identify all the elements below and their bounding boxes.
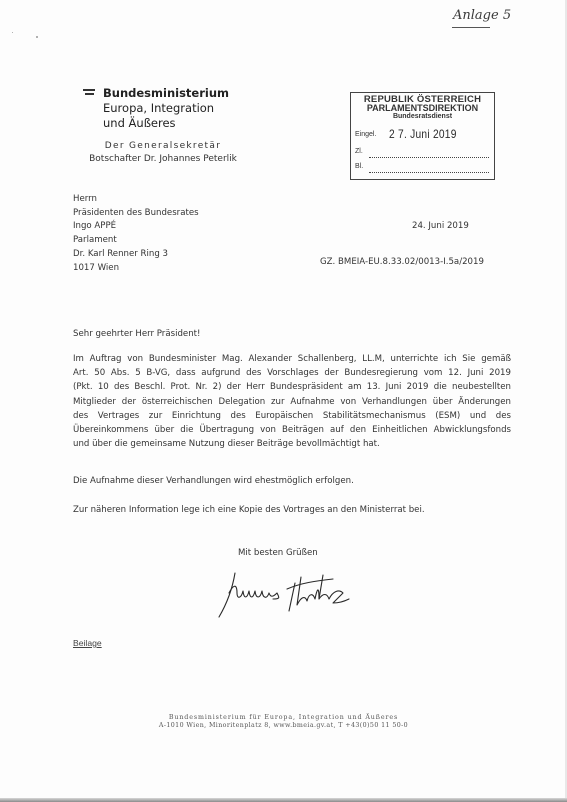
recipient-line: Herrn (73, 193, 199, 207)
recipient-line: 1017 Wien (73, 262, 199, 276)
stamp-bl-dotted-line (369, 171, 489, 173)
recipient-address: Herrn Präsidenten des Bundesrates Ingo A… (73, 193, 199, 275)
ministry-line-3: und Äußeres (103, 116, 229, 131)
handwritten-annotation: Anlage 5 (453, 8, 511, 23)
sender-block: Der Generalsekretär Botschafter Dr. Joha… (73, 140, 253, 166)
attachment-label: Beilage (73, 638, 102, 648)
handwritten-signature-icon (215, 565, 375, 625)
letter-date: 24. Juni 2019 (412, 221, 469, 231)
austrian-eagle-bars-icon (83, 89, 95, 97)
second-paragraph: Die Aufnahme dieser Verhandlungen wird e… (73, 476, 354, 486)
reference-number: GZ. BMEIA-EU.8.33.02/0013-I.5a/2019 (320, 257, 484, 267)
paragraph-line: Übereinkommens über die Übertragung von … (73, 423, 511, 437)
closing-phrase: Mit besten Grüßen (238, 548, 318, 558)
recipient-line: Dr. Karl Renner Ring 3 (73, 248, 199, 262)
ministry-line-1: Bundesministerium (103, 86, 229, 101)
annotation-underline (452, 27, 490, 28)
stamp-zl-dotted-line (369, 156, 489, 158)
ministry-name: Bundesministerium Europa, Integration un… (103, 86, 229, 131)
stamp-received-label: Eingel. (355, 131, 376, 138)
scan-speck (12, 32, 13, 33)
receipt-stamp: REPUBLIK ÖSTERREICH PARLAMENTSDIREKTION … (350, 92, 495, 180)
stamp-bl-label: Bl. (355, 163, 363, 170)
stamp-received-date: 2 7. Juni 2019 (389, 127, 457, 141)
recipient-line: Parlament (73, 234, 199, 248)
paragraph-line: Art. 50 Abs. 5 B-VG, dass aufgrund des V… (73, 366, 511, 380)
paragraph-line: (Pkt. 10 des Beschl. Prot. Nr. 2) der He… (73, 380, 511, 394)
footer-line-1: Bundesministerium für Europa, Integratio… (0, 714, 567, 722)
footer-line-2: A-1010 Wien, Minoritenplatz 8, www.bmeia… (0, 722, 567, 730)
salutation: Sehr geehrter Herr Präsident! (73, 329, 200, 339)
recipient-line: Präsidenten des Bundesrates (73, 207, 199, 221)
letter-page: Anlage 5 Bundesministerium Europa, Integ… (0, 0, 567, 802)
letter-footer: Bundesministerium für Europa, Integratio… (0, 714, 567, 730)
third-paragraph: Zur näheren Information lege ich eine Ko… (73, 505, 425, 515)
main-paragraph: Im Auftrag von Bundesminister Mag. Alexa… (73, 352, 511, 451)
sender-title: Der Generalsekretär (73, 140, 253, 153)
ministry-line-2: Europa, Integration (103, 101, 229, 116)
sender-name: Botschafter Dr. Johannes Peterlik (73, 153, 253, 166)
paragraph-line: Im Auftrag von Bundesminister Mag. Alexa… (73, 352, 511, 366)
stamp-line-2: PARLAMENTSDIREKTION (351, 104, 494, 113)
stamp-zl-label: Zl. (355, 148, 363, 155)
scan-speck (36, 36, 38, 38)
paragraph-line: des Vertrages zur Einrichtung des Europä… (73, 409, 511, 423)
paragraph-line: Mitglieder der österreichischen Delegati… (73, 395, 511, 409)
stamp-line-3: Bundesratsdienst (351, 113, 494, 121)
recipient-line: Ingo APPÉ (73, 220, 199, 234)
paragraph-line: und über die gemeinsame Nutzung dieser B… (73, 437, 511, 451)
scan-edge-bottom (0, 798, 567, 802)
